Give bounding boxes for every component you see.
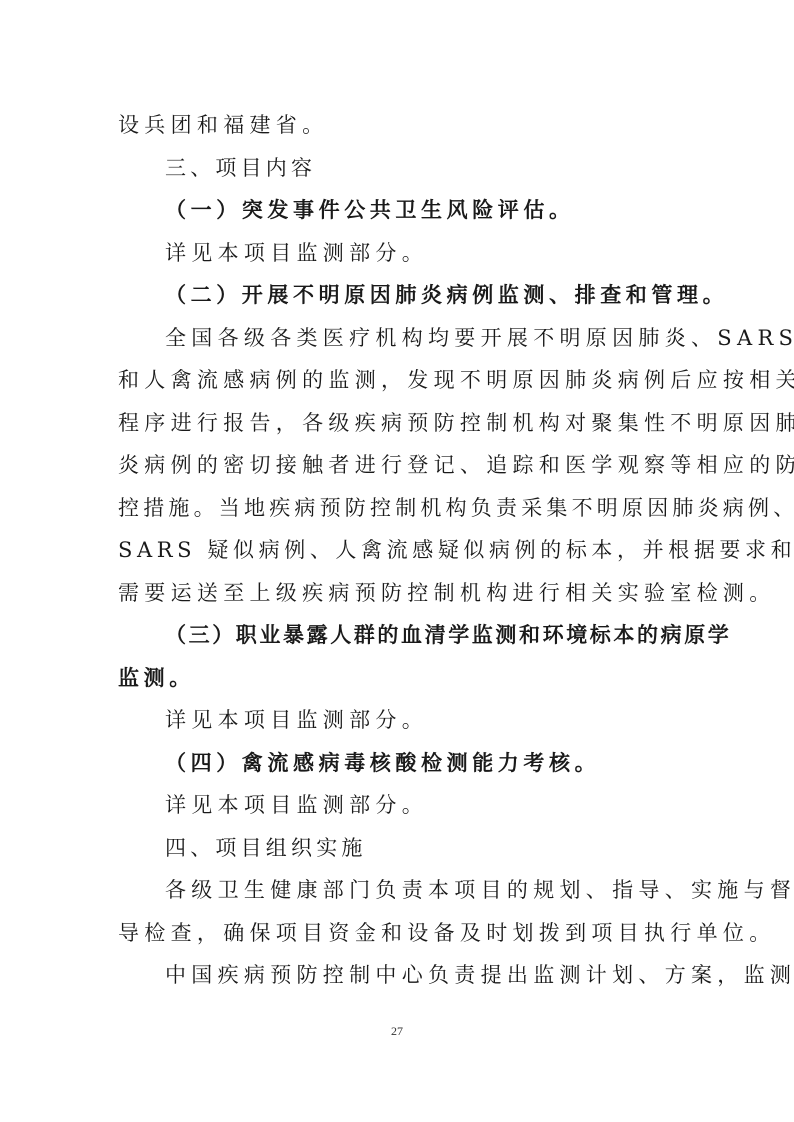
body-line: 导检查，确保项目资金和设备及时划拨到项目执行单位。: [118, 912, 678, 955]
body-line: SARS 疑似病例、人禽流感疑似病例的标本，并根据要求和: [118, 529, 678, 572]
section-heading-4: 四、项目组织实施: [118, 827, 678, 870]
body-line: 中国疾病预防控制中心负责提出监测计划、方案，监测: [118, 954, 678, 997]
subheading-2: （二）开展不明原因肺炎病例监测、排查和管理。: [118, 274, 678, 317]
body-line: 控措施。当地疾病预防控制机构负责采集不明原因肺炎病例、: [118, 487, 678, 530]
subheading-4: （四）禽流感病毒核酸检测能力考核。: [118, 742, 678, 785]
body-line: 详见本项目监测部分。: [118, 699, 678, 742]
body-line: 详见本项目监测部分。: [118, 784, 678, 827]
section-heading-3: 三、项目内容: [118, 147, 678, 190]
document-page: 设兵团和福建省。 三、项目内容 （一）突发事件公共卫生风险评估。 详见本项目监测…: [118, 104, 678, 997]
body-line: 全国各级各类医疗机构均要开展不明原因肺炎、SARS: [118, 317, 678, 360]
body-line: 和人禽流感病例的监测，发现不明原因肺炎病例后应按相关: [118, 359, 678, 402]
body-line: 程序进行报告，各级疾病预防控制机构对聚集性不明原因肺: [118, 402, 678, 445]
page-number: 27: [0, 1024, 794, 1039]
subheading-3: （三）职业暴露人群的血清学监测和环境标本的病原学: [118, 614, 678, 657]
body-line: 设兵团和福建省。: [118, 104, 678, 147]
body-line: 各级卫生健康部门负责本项目的规划、指导、实施与督: [118, 869, 678, 912]
subheading-1: （一）突发事件公共卫生风险评估。: [118, 189, 678, 232]
body-line: 需要运送至上级疾病预防控制机构进行相关实验室检测。: [118, 572, 678, 615]
body-line: 炎病例的密切接触者进行登记、追踪和医学观察等相应的防: [118, 444, 678, 487]
subheading-3-continued: 监测。: [118, 657, 678, 700]
body-line: 详见本项目监测部分。: [118, 232, 678, 275]
